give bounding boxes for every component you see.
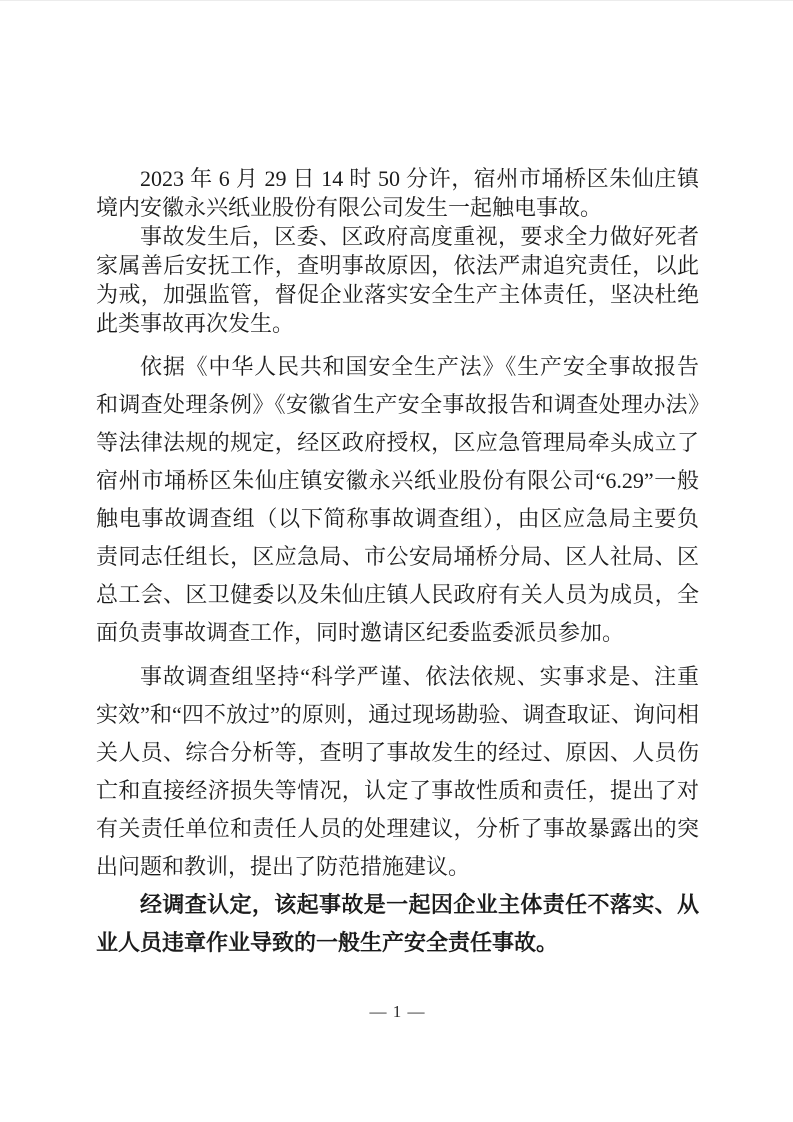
document-page: 2023 年 6 月 29 日 14 时 50 分许，宿州市埇桥区朱仙庄镇境内安… (0, 0, 793, 1122)
paragraph-government-response: 事故发生后，区委、区政府高度重视，要求全力做好死者家属善后安抚工作，查明事故原因… (96, 222, 699, 338)
paragraph-investigation-team-formation: 依据《中华人民共和国安全生产法》《生产安全事故报告和调查处理条例》《安徽省生产安… (96, 348, 699, 652)
paragraph-incident-summary: 2023 年 6 月 29 日 14 时 50 分许，宿州市埇桥区朱仙庄镇境内安… (96, 164, 699, 222)
paragraph-conclusion-bold: 经调查认定，该起事故是一起因企业主体责任不落实、从业人员违章作业导致的一般生产安… (96, 886, 699, 962)
paragraph-investigation-principles: 事故调查组坚持“科学严谨、依法依规、实事求是、注重实效”和“四不放过”的原则，通… (96, 658, 699, 886)
document-body: 2023 年 6 月 29 日 14 时 50 分许，宿州市埇桥区朱仙庄镇境内安… (96, 164, 699, 962)
page-number: — 1 — (96, 1002, 699, 1022)
